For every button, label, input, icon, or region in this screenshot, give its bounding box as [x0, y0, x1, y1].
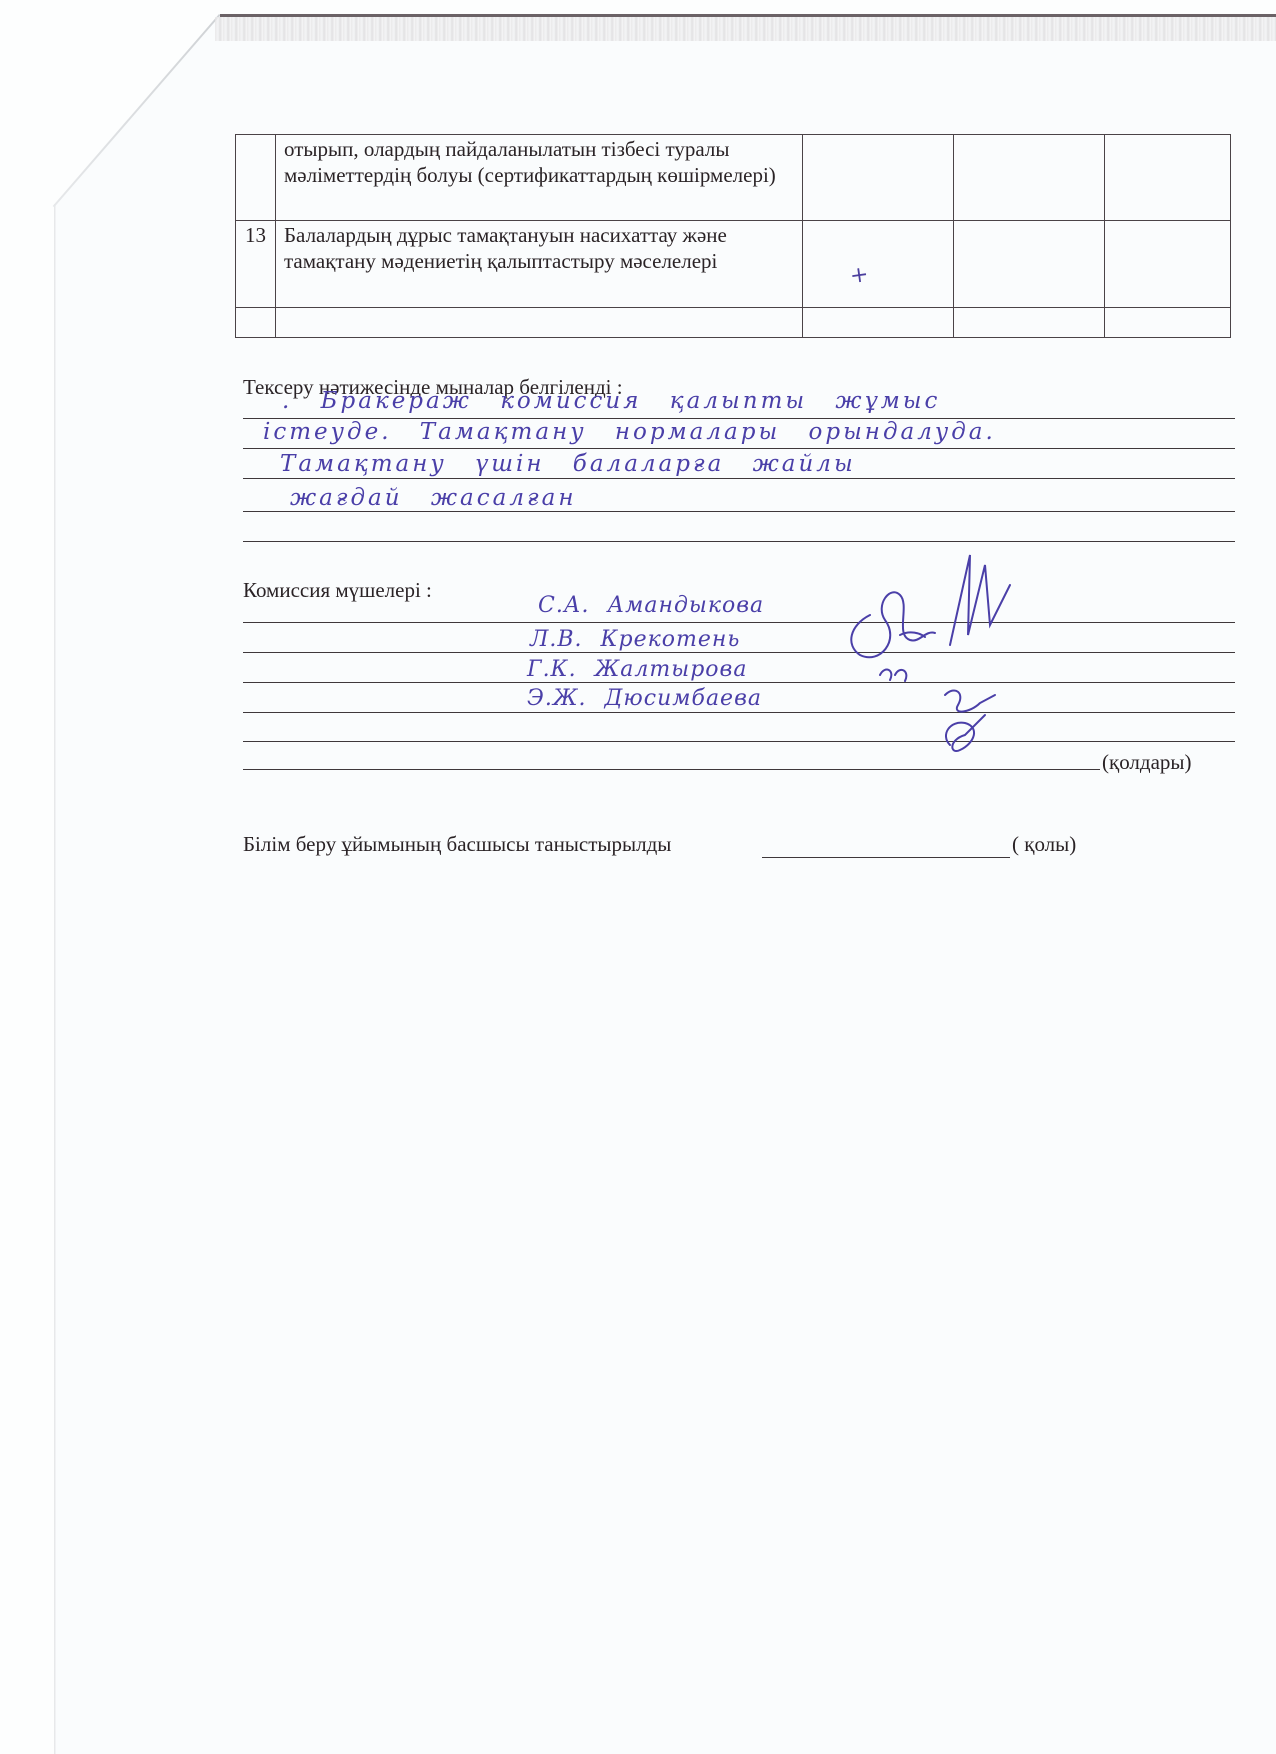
scan-top-noise — [215, 17, 1276, 41]
commission-line-2 — [243, 652, 1235, 653]
commission-line-5 — [243, 741, 1235, 742]
signatures-label: (қолдары) — [1102, 750, 1192, 775]
commission-member-name-4: Э.Ж. Дюсимбаева — [527, 686, 762, 711]
signature-strokes — [840, 545, 1040, 765]
row-cell-b — [954, 308, 1105, 338]
commission-label: Комиссия мүшелері : — [243, 578, 432, 603]
commission-line-1 — [243, 622, 1235, 623]
commission-line-6 — [243, 769, 1100, 770]
handwritten-plus-mark: + — [848, 262, 870, 289]
row-cell-b — [954, 221, 1105, 308]
table-row: 13 Балалардың дұрыс тамақтануын насихатт… — [236, 221, 1231, 308]
head-signature-line[interactable] — [762, 857, 1010, 858]
inspection-table: отырып, олардың пайдаланылатын тізбесі т… — [235, 134, 1231, 338]
row-cell-c — [1105, 221, 1231, 308]
row-criterion — [276, 308, 803, 338]
row-cell-a — [803, 308, 954, 338]
handwritten-finding-2: істеуде. Тамақтану нормалары орындалуда. — [263, 419, 996, 445]
row-cell-a — [803, 221, 954, 308]
findings-line-2 — [243, 448, 1235, 449]
row-cell-c — [1105, 135, 1231, 221]
row-cell-b — [954, 135, 1105, 221]
page-left-edge — [54, 204, 56, 1754]
head-acknowledged-label: Білім беру ұйымының басшысы таныстырылды — [243, 832, 671, 857]
handwritten-finding-1: . Бракераж комиссия қалыпты жұмыс — [282, 388, 940, 414]
row-cell-a — [803, 135, 954, 221]
handwritten-finding-4: жағдай жасалған — [290, 485, 576, 511]
commission-member-name-3: Г.К. Жалтырова — [527, 657, 747, 682]
findings-line-5 — [243, 541, 1235, 542]
commission-member-name-1: С.А. Амандыкова — [538, 593, 764, 618]
table-row — [236, 308, 1231, 338]
row-number: 13 — [236, 221, 276, 308]
commission-line-4 — [243, 712, 1235, 713]
row-number — [236, 308, 276, 338]
row-criterion: Балалардың дұрыс тамақтануын насихаттау … — [276, 221, 803, 308]
handwritten-finding-3: Тамақтану үшін балаларға жайлы — [280, 451, 856, 477]
row-number — [236, 135, 276, 221]
row-cell-c — [1105, 308, 1231, 338]
findings-line-4 — [243, 511, 1235, 512]
findings-line-3 — [243, 478, 1235, 479]
head-signature-label: ( қолы) — [1012, 832, 1076, 857]
table-row: отырып, олардың пайдаланылатын тізбесі т… — [236, 135, 1231, 221]
commission-line-3 — [243, 682, 1235, 683]
commission-member-name-2: Л.В. Крекотень — [530, 627, 740, 652]
row-criterion: отырып, олардың пайдаланылатын тізбесі т… — [276, 135, 803, 221]
